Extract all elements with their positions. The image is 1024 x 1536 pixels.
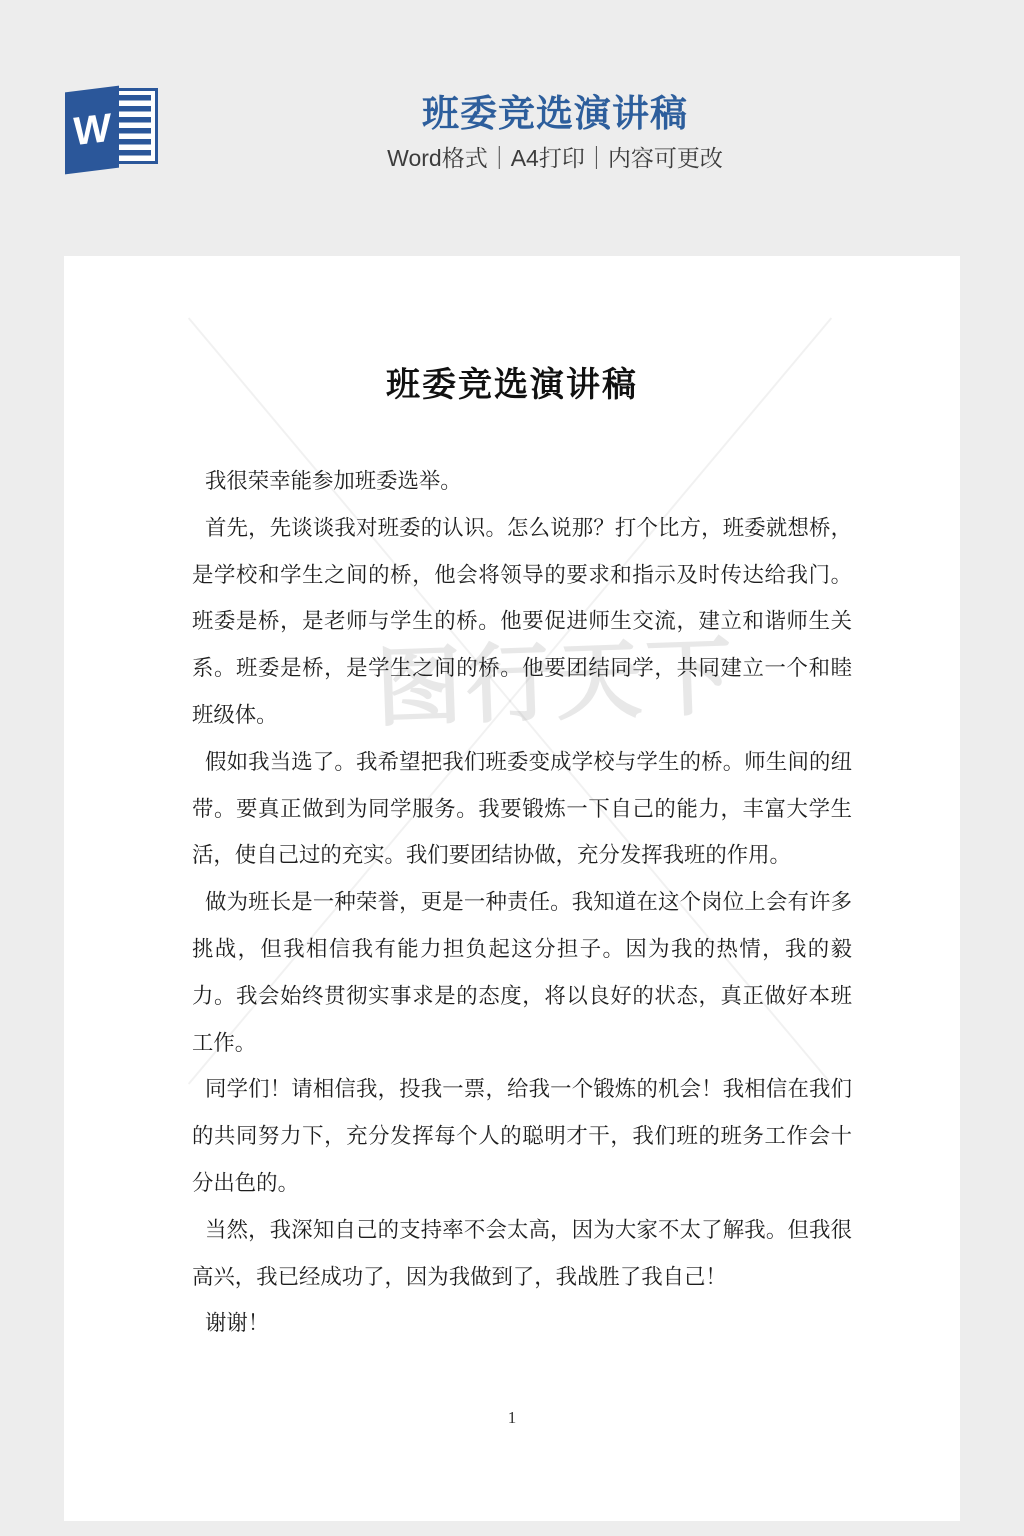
document-body: 我很荣幸能参加班委选举。 首先，先谈谈我对班委的认识。怎么说那？打个比方，班委就…: [192, 458, 852, 1347]
template-title: 班委竞选演讲稿: [86, 92, 1024, 136]
paragraph: 做为班长是一种荣誉，更是一种责任。我知道在这个岗位上会有许多挑战，但我相信我有能…: [192, 879, 852, 1066]
paragraph: 假如我当选了。我希望把我们班委变成学校与学生的桥。师生间的纽带。要真正做到为同学…: [192, 739, 852, 879]
paragraph: 谢谢！: [192, 1300, 852, 1347]
header-text-block: 班委竞选演讲稿 Word格式｜A4打印｜内容可更改: [0, 92, 1024, 171]
paragraph: 当然，我深知自己的支持率不会太高，因为大家不太了解我。但我很高兴，我已经成功了，…: [192, 1207, 852, 1301]
screenshot-root: W 班委竞选演讲稿 Word格式｜A4打印｜内容可更改 图行天下 班委竞选演讲稿…: [0, 0, 1024, 1536]
document-page: 图行天下 班委竞选演讲稿 我很荣幸能参加班委选举。 首先，先谈谈我对班委的认识。…: [64, 256, 960, 1521]
paragraph: 我很荣幸能参加班委选举。: [192, 458, 852, 505]
page-number: 1: [64, 1408, 960, 1428]
paragraph: 首先，先谈谈我对班委的认识。怎么说那？打个比方，班委就想桥，是学校和学生之间的桥…: [192, 505, 852, 739]
paragraph: 同学们！请相信我，投我一票，给我一个锻炼的机会！我相信在我们的共同努力下，充分发…: [192, 1066, 852, 1206]
document-title: 班委竞选演讲稿: [64, 362, 960, 410]
template-subtitle: Word格式｜A4打印｜内容可更改: [86, 145, 1024, 171]
